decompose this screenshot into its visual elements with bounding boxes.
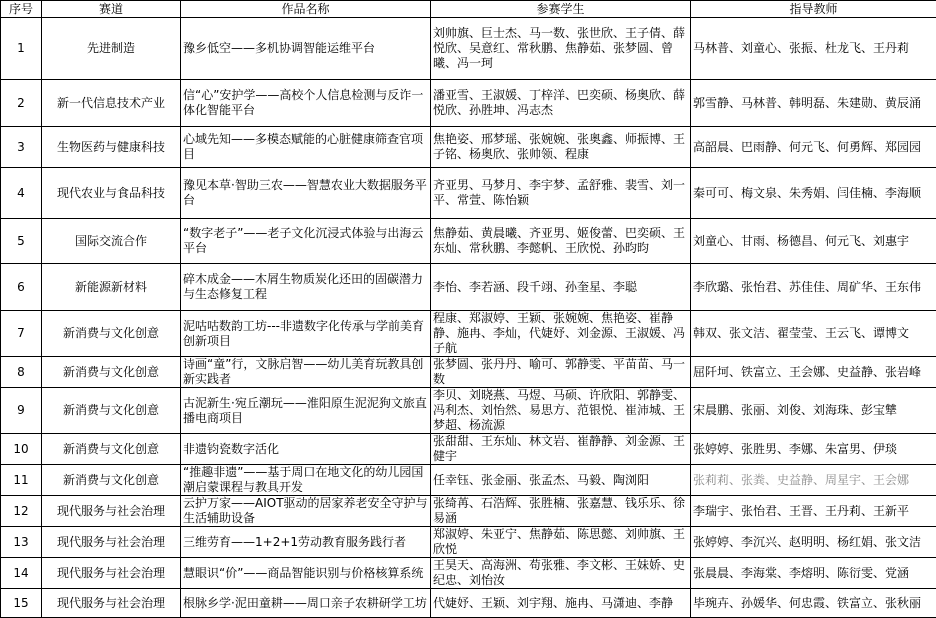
students-cell[interactable]: 张梦圆、张丹丹、喻可、郭静雯、平苗苗、马一数 bbox=[431, 357, 691, 388]
project-title-cell[interactable]: 心域先知——多模态赋能的心脏健康筛查官项目 bbox=[181, 127, 431, 168]
teachers-cell[interactable]: 郭雪静、马林普、韩明磊、朱建勋、黄辰涌 bbox=[691, 80, 936, 127]
row-index-cell[interactable]: 4 bbox=[1, 168, 42, 219]
header-teachers[interactable]: 指导教师 bbox=[691, 1, 936, 18]
students-cell[interactable]: 焦艳姿、邢梦瑶、张婉婉、张奥鑫、师振博、王子铭、杨奥欣、张帅领、程康 bbox=[431, 127, 691, 168]
table-row: 14现代服务与社会治理慧眼识“价”——商品智能识别与价格核算系统王昊天、高海洲、… bbox=[1, 558, 936, 589]
project-title-cell[interactable]: 碎木成金——木屑生物质炭化还田的固碳潜力与生态修复工程 bbox=[181, 264, 431, 311]
projects-table: 序号 赛道 作品名称 参赛学生 指导教师 1先进制造豫乡低空——多机协调智能运维… bbox=[0, 0, 936, 618]
students-cell[interactable]: 张绮苒、石浩辉、张胜楠、张嘉慧、钱乐乐、徐易涵 bbox=[431, 496, 691, 527]
table-row: 2新一代信息技术产业信“心”安护学——高校个人信息检测与反诈一体化智能平台潘亚雪… bbox=[1, 80, 936, 127]
teachers-cell[interactable]: 秦可可、梅文泉、朱秀娟、闫佳楠、李海顺 bbox=[691, 168, 936, 219]
project-title-cell[interactable]: 豫乡低空——多机协调智能运维平台 bbox=[181, 18, 431, 80]
row-index-cell[interactable]: 6 bbox=[1, 264, 42, 311]
teachers-cell[interactable]: 张莉莉、张粪、史益静、周星宇、王会娜 bbox=[691, 465, 936, 496]
students-cell[interactable]: 张甜甜、王东灿、林文岩、崔静静、刘金源、王健宇 bbox=[431, 434, 691, 465]
track-cell[interactable]: 先进制造 bbox=[42, 18, 181, 80]
teachers-cell[interactable]: 张婷婷、李沉兴、赵明明、杨红娟、张文洁 bbox=[691, 527, 936, 558]
table-row: 12现代服务与社会治理云护万家——AIOT驱动的居家养老安全守护与生活辅助设备张… bbox=[1, 496, 936, 527]
track-cell[interactable]: 新消费与文化创意 bbox=[42, 388, 181, 434]
teachers-cell[interactable]: 张晨晨、李海棠、李熔明、陈衍雯、党涵 bbox=[691, 558, 936, 589]
project-title-cell[interactable]: 泥咕咕数韵工坊---非遗数字化传承与学前美育创新项目 bbox=[181, 311, 431, 357]
track-cell[interactable]: 现代服务与社会治理 bbox=[42, 527, 181, 558]
row-index-cell[interactable]: 8 bbox=[1, 357, 42, 388]
students-cell[interactable]: 李贝、刘晓燕、马煜、马硕、许欣阳、郭静雯、冯利杰、刘怡然、易思方、范银悦、崔沛城… bbox=[431, 388, 691, 434]
row-index-cell[interactable]: 10 bbox=[1, 434, 42, 465]
project-title-cell[interactable]: 非遗钧瓷数字活化 bbox=[181, 434, 431, 465]
teachers-cell[interactable]: 韩双、张文洁、翟莹莹、王云飞、谭博文 bbox=[691, 311, 936, 357]
track-cell[interactable]: 现代服务与社会治理 bbox=[42, 558, 181, 589]
track-cell[interactable]: 生物医药与健康科技 bbox=[42, 127, 181, 168]
table-row: 4现代农业与食品科技豫见本草·智助三农——智慧农业大数据服务平台齐亚男、马梦月、… bbox=[1, 168, 936, 219]
students-cell[interactable]: 焦静茹、黄晨曦、齐亚男、姬俊蕾、巴奕硕、王东灿、常秋鹏、李懿帆、王欣悦、孙昀昀 bbox=[431, 219, 691, 264]
header-students[interactable]: 参赛学生 bbox=[431, 1, 691, 18]
teachers-cell[interactable]: 屈阡坷、铁富立、王会娜、史益静、张岩峰 bbox=[691, 357, 936, 388]
table-row: 13现代服务与社会治理三维劳育——1+2+1劳动教育服务践行者郑淑婷、朱亚宁、焦… bbox=[1, 527, 936, 558]
students-cell[interactable]: 郑淑婷、朱亚宁、焦静茹、陈思懿、刘帅旗、王欣悦 bbox=[431, 527, 691, 558]
track-cell[interactable]: 国际交流合作 bbox=[42, 219, 181, 264]
students-cell[interactable]: 李怡、李若涵、段千翊、孙奎星、李聪 bbox=[431, 264, 691, 311]
row-index-cell[interactable]: 11 bbox=[1, 465, 42, 496]
row-index-cell[interactable]: 3 bbox=[1, 127, 42, 168]
header-title[interactable]: 作品名称 bbox=[181, 1, 431, 18]
row-index-cell[interactable]: 1 bbox=[1, 18, 42, 80]
table-row: 6新能源新材料碎木成金——木屑生物质炭化还田的固碳潜力与生态修复工程李怡、李若涵… bbox=[1, 264, 936, 311]
row-index-cell[interactable]: 5 bbox=[1, 219, 42, 264]
project-title-cell[interactable]: 豫见本草·智助三农——智慧农业大数据服务平台 bbox=[181, 168, 431, 219]
project-title-cell[interactable]: 三维劳育——1+2+1劳动教育服务践行者 bbox=[181, 527, 431, 558]
table-row: 5国际交流合作“数字老子”——老子文化沉浸式体验与出海云平台焦静茹、黄晨曦、齐亚… bbox=[1, 219, 936, 264]
track-cell[interactable]: 现代服务与社会治理 bbox=[42, 589, 181, 618]
track-cell[interactable]: 现代服务与社会治理 bbox=[42, 496, 181, 527]
table-row: 1先进制造豫乡低空——多机协调智能运维平台刘帅旗、巨士杰、马一数、张世欣、王子倩… bbox=[1, 18, 936, 80]
project-title-cell[interactable]: 云护万家——AIOT驱动的居家养老安全守护与生活辅助设备 bbox=[181, 496, 431, 527]
project-title-cell[interactable]: 古泥新生·宛丘潮玩——淮阳原生泥泥狗文旅直播电商项目 bbox=[181, 388, 431, 434]
table-row: 15现代服务与社会治理根脉乡学·泥田童耕——周口亲子农耕研学工坊代婕妤、王颖、刘… bbox=[1, 589, 936, 618]
teachers-cell[interactable]: 高韶晨、巴雨静、何元飞、何勇辉、郑园园 bbox=[691, 127, 936, 168]
table-row: 9新消费与文化创意古泥新生·宛丘潮玩——淮阳原生泥泥狗文旅直播电商项目李贝、刘晓… bbox=[1, 388, 936, 434]
row-index-cell[interactable]: 2 bbox=[1, 80, 42, 127]
header-row: 序号 赛道 作品名称 参赛学生 指导教师 bbox=[1, 1, 936, 18]
students-cell[interactable]: 任幸钰、张金丽、张孟杰、马毅、陶浏阳 bbox=[431, 465, 691, 496]
teachers-cell[interactable]: 李欣璐、张怡君、苏佳佳、周矿华、王东伟 bbox=[691, 264, 936, 311]
header-index[interactable]: 序号 bbox=[1, 1, 42, 18]
table-row: 7新消费与文化创意泥咕咕数韵工坊---非遗数字化传承与学前美育创新项目程康、郑淑… bbox=[1, 311, 936, 357]
students-cell[interactable]: 代婕妤、王颖、刘宇翔、施冉、马潇迪、李静 bbox=[431, 589, 691, 618]
project-title-cell[interactable]: “推趣非遗”——基于周口在地文化的幼儿园国潮启蒙课程与教具开发 bbox=[181, 465, 431, 496]
teachers-cell[interactable]: 宋晨鹏、张丽、刘俊、刘海珠、彭宝犨 bbox=[691, 388, 936, 434]
teachers-cell[interactable]: 毕琬卉、孙媛华、何忠霞、铁富立、张秋丽 bbox=[691, 589, 936, 618]
project-title-cell[interactable]: 慧眼识“价”——商品智能识别与价格核算系统 bbox=[181, 558, 431, 589]
row-index-cell[interactable]: 15 bbox=[1, 589, 42, 618]
track-cell[interactable]: 新能源新材料 bbox=[42, 264, 181, 311]
project-title-cell[interactable]: “数字老子”——老子文化沉浸式体验与出海云平台 bbox=[181, 219, 431, 264]
students-cell[interactable]: 程康、郑淑婷、王颖、张婉婉、焦艳姿、崔静静、施冉、李灿，代婕妤、刘金源、王淑媛、… bbox=[431, 311, 691, 357]
project-title-cell[interactable]: 诗画“童”行，文脉启智——幼儿美育玩教具创新实践者 bbox=[181, 357, 431, 388]
students-cell[interactable]: 齐亚男、马梦月、李宇梦、孟舒雅、裴雪、刘一平、常萱、陈怡颖 bbox=[431, 168, 691, 219]
row-index-cell[interactable]: 13 bbox=[1, 527, 42, 558]
track-cell[interactable]: 新消费与文化创意 bbox=[42, 311, 181, 357]
row-index-cell[interactable]: 12 bbox=[1, 496, 42, 527]
project-title-cell[interactable]: 信“心”安护学——高校个人信息检测与反诈一体化智能平台 bbox=[181, 80, 431, 127]
track-cell[interactable]: 新消费与文化创意 bbox=[42, 357, 181, 388]
teachers-cell[interactable]: 马林普、刘童心、张振、杜龙飞、王丹莉 bbox=[691, 18, 936, 80]
row-index-cell[interactable]: 9 bbox=[1, 388, 42, 434]
table-row: 10新消费与文化创意非遗钧瓷数字活化张甜甜、王东灿、林文岩、崔静静、刘金源、王健… bbox=[1, 434, 936, 465]
row-index-cell[interactable]: 7 bbox=[1, 311, 42, 357]
project-title-cell[interactable]: 根脉乡学·泥田童耕——周口亲子农耕研学工坊 bbox=[181, 589, 431, 618]
teachers-cell[interactable]: 张婷婷、张胜男、李娜、朱富男、伊琰 bbox=[691, 434, 936, 465]
table-row: 3生物医药与健康科技心域先知——多模态赋能的心脏健康筛查官项目焦艳姿、邢梦瑶、张… bbox=[1, 127, 936, 168]
students-cell[interactable]: 潘亚雪、王淑媛、丁梓洋、巴奕硕、杨奥欣、薛悦欣、孙胜坤、冯志杰 bbox=[431, 80, 691, 127]
students-cell[interactable]: 王昊天、高海洲、苟张雅、李文彬、王妹娇、史纪忠、刘怡汝 bbox=[431, 558, 691, 589]
table-row: 8新消费与文化创意诗画“童”行，文脉启智——幼儿美育玩教具创新实践者张梦圆、张丹… bbox=[1, 357, 936, 388]
track-cell[interactable]: 新消费与文化创意 bbox=[42, 465, 181, 496]
track-cell[interactable]: 新一代信息技术产业 bbox=[42, 80, 181, 127]
track-cell[interactable]: 现代农业与食品科技 bbox=[42, 168, 181, 219]
row-index-cell[interactable]: 14 bbox=[1, 558, 42, 589]
table-row: 11新消费与文化创意“推趣非遗”——基于周口在地文化的幼儿园国潮启蒙课程与教具开… bbox=[1, 465, 936, 496]
teachers-cell[interactable]: 刘童心、甘雨、杨德昌、何元飞、刘惠宇 bbox=[691, 219, 936, 264]
teachers-cell[interactable]: 李瑞宇、张怡君、王晋、王丹莉、王新平 bbox=[691, 496, 936, 527]
students-cell[interactable]: 刘帅旗、巨士杰、马一数、张世欣、王子倩、薛悦欣、吴意红、常秋鹏、焦静茹、张梦圆、… bbox=[431, 18, 691, 80]
track-cell[interactable]: 新消费与文化创意 bbox=[42, 434, 181, 465]
header-track[interactable]: 赛道 bbox=[42, 1, 181, 18]
